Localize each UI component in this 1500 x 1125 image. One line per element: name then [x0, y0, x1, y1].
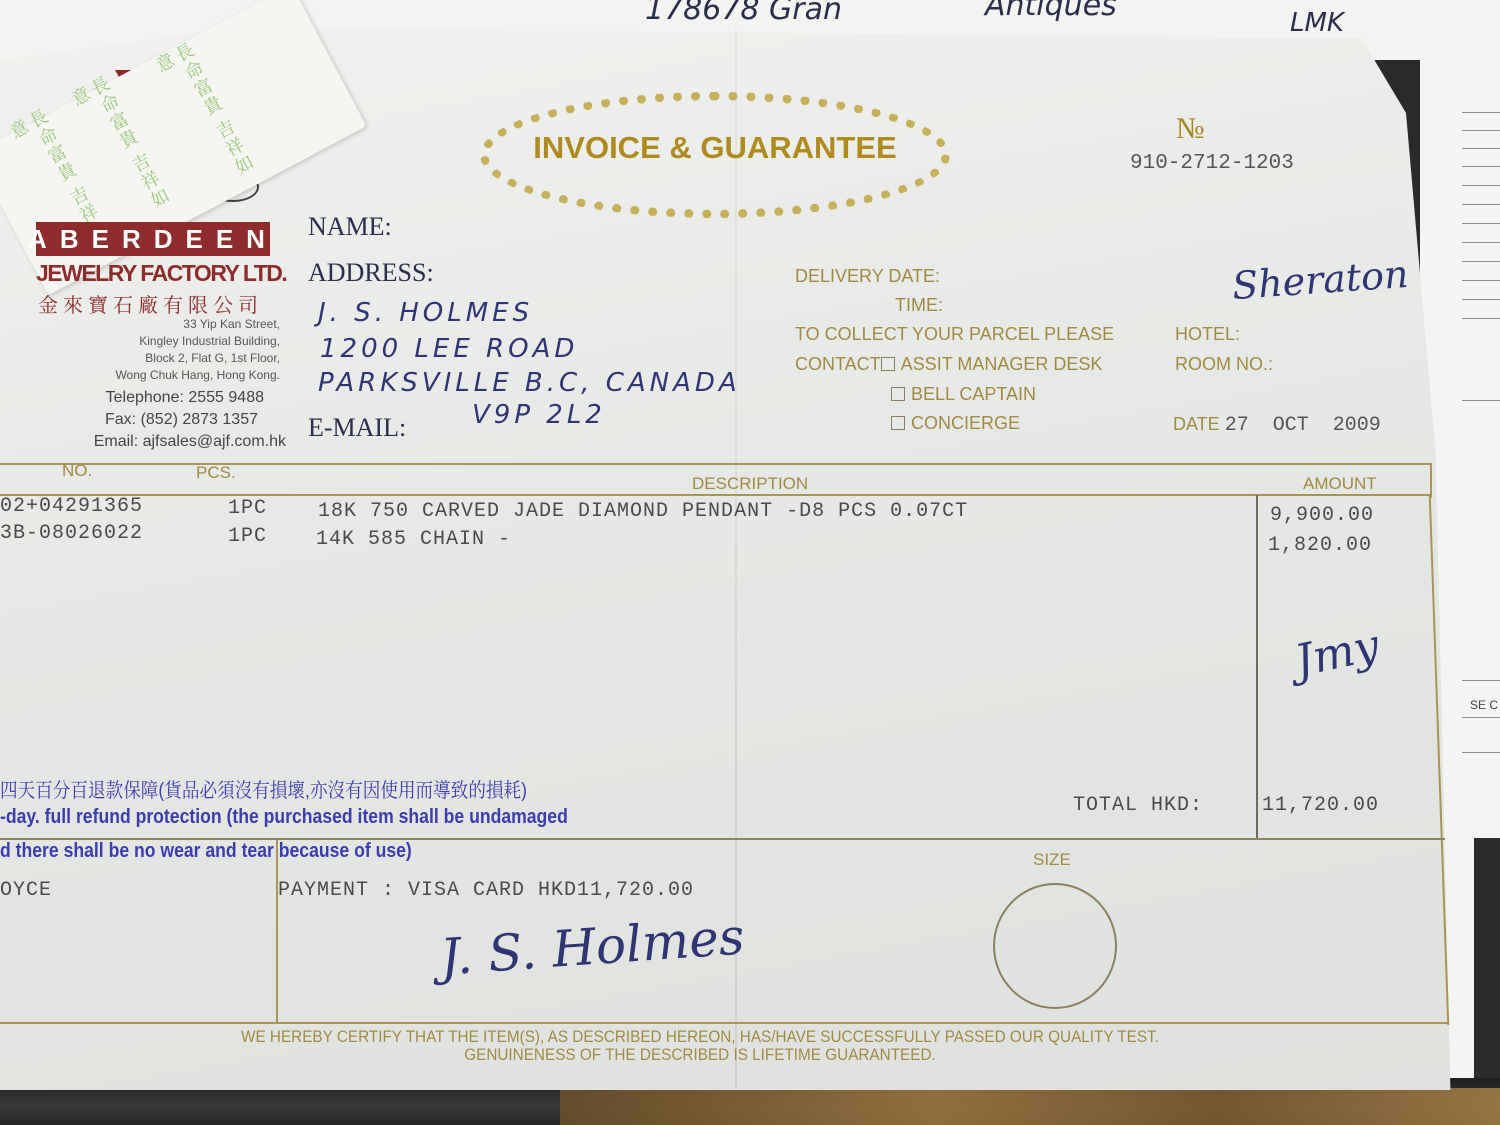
brand-chinese-name: 金來寶石廠有限公司	[38, 289, 272, 318]
invoice-number: 910-2712-1203	[1130, 152, 1294, 175]
certification-line-1: WE HEREBY CERTIFY THAT THE ITEM(S), AS D…	[205, 1027, 1195, 1047]
total-divider	[0, 838, 1445, 840]
collect-instruction: TO COLLECT YOUR PARCEL PLEASE	[795, 324, 1114, 345]
contact-option-row: CONTACTASSIT MANAGER DESK	[795, 354, 1102, 375]
row-amount: 9,900.00	[1270, 504, 1374, 527]
company-address-line: Block 2, Flat G, 1st Floor,	[0, 350, 280, 367]
contact-option-row: CONCIERGE	[891, 413, 1020, 434]
option-assist-manager: ASSIT MANAGER DESK	[901, 354, 1103, 374]
notebook-rule	[1462, 166, 1500, 167]
notebook-rule	[1462, 204, 1500, 205]
contact-option-row: BELL CAPTAIN	[891, 384, 1036, 405]
certification-line-2: GENUINENESS OF THE DESCRIBED IS LIFETIME…	[205, 1045, 1195, 1065]
row-pcs: 1PC	[228, 525, 267, 548]
date-row: DATE 27 OCT 2009	[1173, 414, 1381, 437]
contact-label: CONTACT	[795, 354, 881, 374]
row-item-no: 02+04291365	[0, 495, 143, 518]
email-label: E-MAIL:	[308, 413, 406, 443]
tag-text: 長命富貴 吉祥如意	[150, 39, 259, 192]
notebook-rule	[1462, 299, 1500, 300]
table-row: 3B-08026022	[0, 522, 143, 545]
table-right-border	[1430, 463, 1432, 498]
table-row: 02+04291365	[0, 495, 143, 518]
notebook-rule	[1462, 318, 1500, 319]
notebook-rule	[1462, 148, 1500, 149]
checkbox-bell-captain[interactable]	[891, 387, 905, 401]
notebook-rule	[1462, 242, 1500, 243]
company-address-line: Wong Chuk Hang, Hong Kong.	[0, 367, 280, 384]
notebook-label: SE C	[1470, 698, 1498, 712]
salesperson-name: OYCE	[0, 879, 52, 902]
row-description: 14K 585 CHAIN -	[316, 528, 511, 551]
company-email: Email: ajfsales@ajf.com.hk	[0, 432, 286, 452]
total-label: TOTAL HKD:	[1073, 794, 1203, 817]
column-header-description: DESCRIPTION	[692, 474, 808, 494]
handwritten-postal-code: V9P 2L2	[472, 400, 606, 430]
footer-divider	[0, 1022, 1448, 1024]
wood-surface	[560, 1088, 1500, 1125]
refund-notice-english-1: -day. full refund protection (the purcha…	[0, 806, 568, 829]
handwritten-note: Antiques	[985, 0, 1117, 23]
notebook-rule	[1462, 400, 1500, 401]
total-value: 11,720.00	[1262, 794, 1379, 817]
refund-notice-english-2: d there shall be no wear and tear becaus…	[0, 840, 412, 863]
name-label: NAME:	[308, 212, 392, 242]
column-header-amount: AMOUNT	[1303, 474, 1377, 494]
table-header-border	[0, 494, 1432, 496]
notebook-rule	[1462, 112, 1500, 113]
date-label: DATE	[1173, 414, 1220, 434]
column-header-no: NO.	[62, 461, 92, 481]
notebook-rule	[1462, 280, 1500, 281]
notebook-rule	[1462, 185, 1500, 186]
ring-size-circle	[993, 883, 1117, 1009]
handwritten-note: LMK	[1290, 8, 1344, 38]
brand-name-box: ABERDEEN	[36, 222, 270, 256]
amount-column-divider	[1256, 495, 1258, 840]
column-header-pcs: PCS.	[196, 463, 236, 483]
time-label: TIME:	[895, 295, 943, 316]
hotel-label: HOTEL:	[1175, 324, 1240, 345]
row-pcs: 1PC	[228, 497, 267, 520]
size-label: SIZE	[1033, 850, 1071, 870]
option-concierge: CONCIERGE	[911, 413, 1020, 433]
brand-subtitle: JEWELRY FACTORY LTD.	[36, 260, 270, 287]
handwritten-customer-name: J. S. HOLMES	[318, 298, 533, 328]
notebook-rule	[1462, 223, 1500, 224]
handwritten-city: PARKSVILLE B.C, CANADA	[318, 368, 741, 398]
option-bell-captain: BELL CAPTAIN	[911, 384, 1036, 404]
dark-object	[1474, 838, 1500, 1078]
company-address-line: 33 Yip Kan Street,	[0, 316, 280, 333]
row-description: 18K 750 CARVED JADE DIAMOND PENDANT -D8 …	[318, 500, 968, 523]
notebook-rule	[1462, 130, 1500, 131]
room-number-label: ROOM NO.:	[1175, 354, 1273, 375]
company-fax: Fax: (852) 2873 1357	[0, 410, 258, 430]
notebook-rule	[1462, 752, 1500, 753]
payment-details: PAYMENT : VISA CARD HKD11,720.00	[278, 879, 694, 902]
checkbox-concierge[interactable]	[891, 416, 905, 430]
handwritten-street: 1200 LEE ROAD	[320, 334, 578, 364]
address-label: ADDRESS:	[308, 258, 434, 288]
notebook-rule	[1462, 680, 1500, 681]
company-telephone: Telephone: 2555 9488	[0, 388, 264, 408]
delivery-date-label: DELIVERY DATE:	[795, 266, 940, 287]
date-value: 27 OCT 2009	[1225, 414, 1381, 437]
row-amount: 1,820.00	[1268, 534, 1372, 557]
row-item-no: 3B-08026022	[0, 522, 143, 545]
document-title: INVOICE & GUARANTEE	[500, 130, 930, 166]
checkbox-assist-manager[interactable]	[881, 357, 895, 371]
handwritten-note: 178678 Gran	[645, 0, 842, 27]
notebook-rule	[1462, 717, 1500, 718]
payment-column-divider	[276, 840, 278, 1022]
company-address-line: Kingley Industrial Building,	[0, 333, 280, 350]
refund-notice-chinese: 四天百分百退款保障(貨品必須沒有損壞,亦沒有因使用而導致的損耗)	[0, 774, 527, 803]
notebook-rule	[1462, 261, 1500, 262]
number-symbol: №	[1176, 112, 1205, 146]
